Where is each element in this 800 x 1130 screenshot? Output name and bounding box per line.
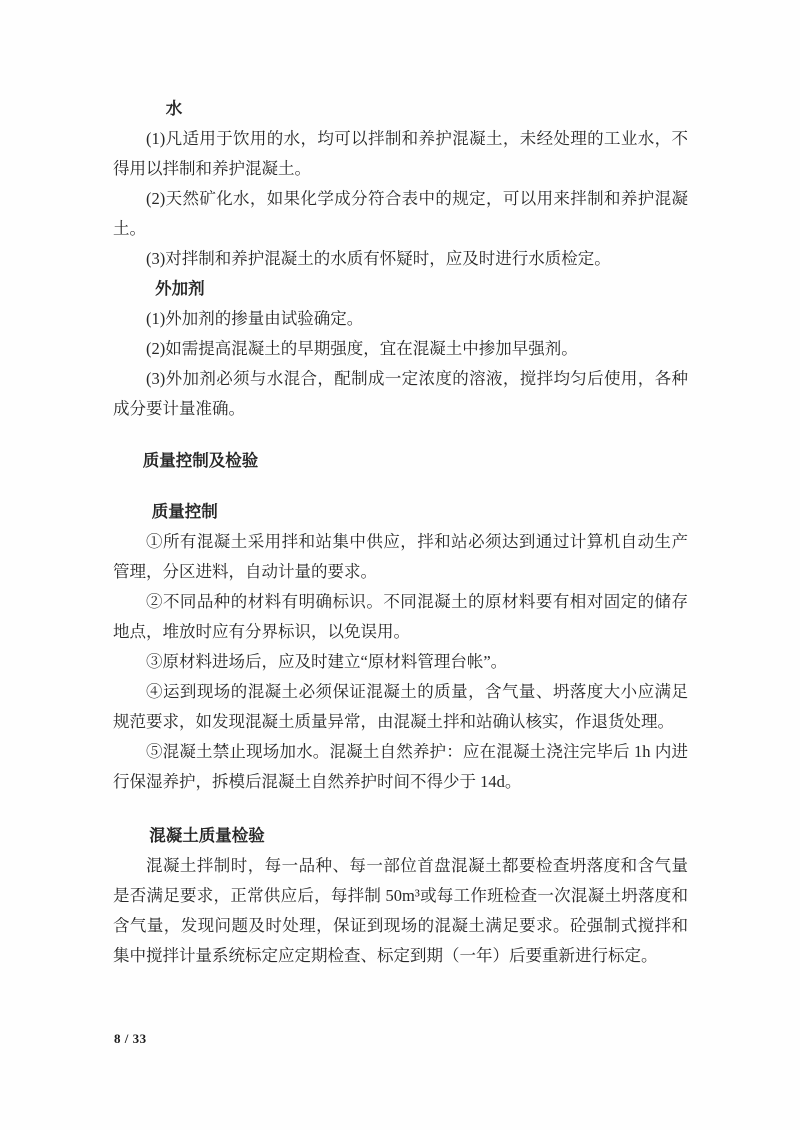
- paragraph: (3)对拌制和养护混凝土的水质有怀疑时，应及时进行水质检定。: [113, 244, 688, 274]
- page-content: 水 (1)凡适用于饮用的水，均可以拌制和养护混凝土，未经处理的工业水，不得用以拌…: [113, 94, 688, 971]
- paragraph: ③原材料进场后，应及时建立“原材料管理台帐”。: [113, 647, 688, 677]
- section-heading-admixture: 外加剂: [113, 274, 688, 304]
- page-number: 8 / 33: [114, 1031, 147, 1047]
- section-heading-water: 水: [113, 94, 688, 124]
- paragraph: (2)天然矿化水，如果化学成分符合表中的规定，可以用来拌制和养护混凝土。: [113, 184, 688, 244]
- paragraph: ④运到现场的混凝土必须保证混凝土的质量，含气量、坍落度大小应满足规范要求，如发现…: [113, 677, 688, 737]
- paragraph: 混凝土拌制时，每一品种、每一部位首盘混凝土都要检查坍落度和含气量是否满足要求，正…: [113, 851, 688, 971]
- paragraph: ①所有混凝土采用拌和站集中供应，拌和站必须达到通过计算机自动生产管理，分区进料，…: [113, 527, 688, 587]
- document-page: 水 (1)凡适用于饮用的水，均可以拌制和养护混凝土，未经处理的工业水，不得用以拌…: [0, 0, 800, 1130]
- section-heading-quality-control-inspection: 质量控制及检验: [113, 446, 688, 476]
- paragraph: (1)外加剂的掺量由试验确定。: [113, 304, 688, 334]
- paragraph: ②不同品种的材料有明确标识。不同混凝土的原材料要有相对固定的储存地点，堆放时应有…: [113, 587, 688, 647]
- paragraph: (1)凡适用于饮用的水，均可以拌制和养护混凝土，未经处理的工业水，不得用以拌制和…: [113, 124, 688, 184]
- paragraph: ⑤混凝土禁止现场加水。混凝土自然养护：应在混凝土浇注完毕后 1h 内进行保湿养护…: [113, 737, 688, 797]
- paragraph: (3)外加剂必须与水混合，配制成一定浓度的溶液，搅拌均匀后使用，各种成分要计量准…: [113, 364, 688, 424]
- paragraph: (2)如需提高混凝土的早期强度，宜在混凝土中掺加早强剂。: [113, 334, 688, 364]
- subsection-heading-quality-control: 质量控制: [113, 497, 688, 527]
- subsection-heading-concrete-quality-inspection: 混凝土质量检验: [113, 821, 688, 851]
